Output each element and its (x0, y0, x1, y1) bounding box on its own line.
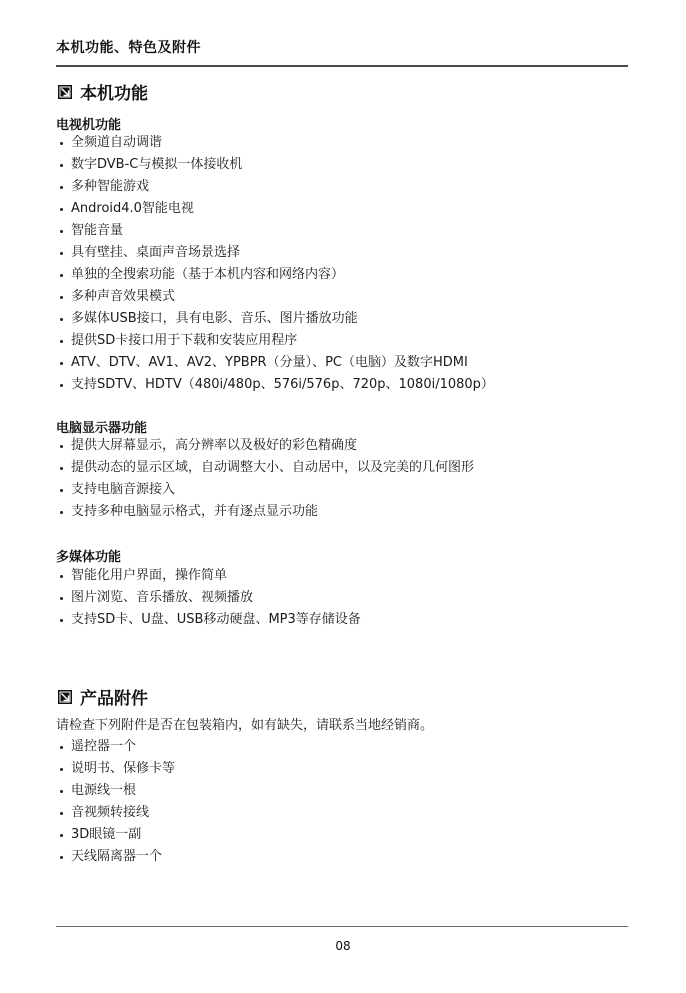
list-item: ATV、DTV、AV1、AV2、YPBPR（分量）、PC（电脑）及数字HDMI (58, 352, 494, 374)
group-title-pc-monitor: 电脑显示器功能 (56, 417, 147, 436)
list-item: 智能化用户界面，操作简单 (58, 565, 361, 587)
bullet-icon (60, 384, 63, 387)
list-item: 支持SD卡、U盘、USB移动硬盘、MP3等存储设备 (58, 609, 361, 631)
bullet-icon (60, 208, 63, 211)
list-item: 具有壁挂、桌面声音场景选择 (58, 242, 494, 264)
list-item: 电源线一根 (58, 780, 175, 802)
bullet-icon (60, 834, 63, 837)
header-divider (56, 65, 628, 67)
tv-features-list: 全频道自动调谐 数字DVB-C与模拟一体接收机 多种智能游戏 Android4.… (58, 132, 494, 396)
list-item: 智能音量 (58, 220, 494, 242)
list-item: 音视频转接线 (58, 802, 175, 824)
list-item: 提供大屏幕显示，高分辨率以及极好的彩色精确度 (58, 435, 474, 457)
list-item: 全频道自动调谐 (58, 132, 494, 154)
list-item: 遥控器一个 (58, 736, 175, 758)
pc-monitor-features-list: 提供大屏幕显示，高分辨率以及极好的彩色精确度 提供动态的显示区域，自动调整大小、… (58, 435, 474, 523)
bullet-icon (60, 746, 63, 749)
list-item: 多媒体USB接口，具有电影、音乐、图片播放功能 (58, 308, 494, 330)
section-title-text: 本机功能 (80, 79, 148, 104)
list-item: 支持多种电脑显示格式，并有逐点显示功能 (58, 501, 474, 523)
bullet-icon (60, 186, 63, 189)
bullet-icon (60, 768, 63, 771)
group-title-tv: 电视机功能 (56, 114, 121, 133)
list-item: 说明书、保修卡等 (58, 758, 175, 780)
bullet-icon (60, 856, 63, 859)
bullet-icon (60, 340, 63, 343)
footer-divider (56, 926, 628, 927)
section-title-text: 产品附件 (80, 684, 148, 709)
bullet-icon (60, 252, 63, 255)
bullet-icon (60, 511, 63, 514)
section-title-accessories: 产品附件 (58, 684, 148, 709)
list-item: 天线隔离器一个 (58, 846, 175, 868)
bullet-icon (60, 812, 63, 815)
list-item: 多种智能游戏 (58, 176, 494, 198)
bullet-icon (60, 445, 63, 448)
list-item: 3D眼镜一副 (58, 824, 175, 846)
bullet-icon (60, 619, 63, 622)
list-item: 数字DVB-C与模拟一体接收机 (58, 154, 494, 176)
bullet-icon (60, 575, 63, 578)
bullet-icon (60, 597, 63, 600)
list-item: Android4.0智能电视 (58, 198, 494, 220)
bullet-icon (60, 164, 63, 167)
list-item: 支持SDTV、HDTV（480i/480p、576i/576p、720p、108… (58, 374, 494, 396)
list-item: 图片浏览、音乐播放、视频播放 (58, 587, 361, 609)
bullet-icon (60, 467, 63, 470)
page-number: 08 (0, 939, 686, 953)
bullet-icon (60, 142, 63, 145)
bullet-icon (60, 489, 63, 492)
square-arrow-icon (58, 85, 72, 99)
list-item: 提供动态的显示区域，自动调整大小、自动居中，以及完美的几何图形 (58, 457, 474, 479)
accessories-list: 遥控器一个 说明书、保修卡等 电源线一根 音视频转接线 3D眼镜一副 天线隔离器… (58, 736, 175, 868)
bullet-icon (60, 230, 63, 233)
bullet-icon (60, 274, 63, 277)
list-item: 提供SD卡接口用于下载和安装应用程序 (58, 330, 494, 352)
multimedia-features-list: 智能化用户界面，操作简单 图片浏览、音乐播放、视频播放 支持SD卡、U盘、USB… (58, 565, 361, 631)
section-title-features: 本机功能 (58, 79, 148, 104)
bullet-icon (60, 790, 63, 793)
bullet-icon (60, 318, 63, 321)
group-title-multimedia: 多媒体功能 (56, 546, 121, 565)
page-header-title: 本机功能、特色及附件 (56, 37, 628, 57)
accessories-intro: 请检查下列附件是否在包装箱内，如有缺失，请联系当地经销商。 (56, 714, 433, 733)
square-arrow-icon (58, 690, 72, 704)
list-item: 单独的全搜索功能（基于本机内容和网络内容） (58, 264, 494, 286)
list-item: 支持电脑音源接入 (58, 479, 474, 501)
bullet-icon (60, 362, 63, 365)
bullet-icon (60, 296, 63, 299)
list-item: 多种声音效果模式 (58, 286, 494, 308)
